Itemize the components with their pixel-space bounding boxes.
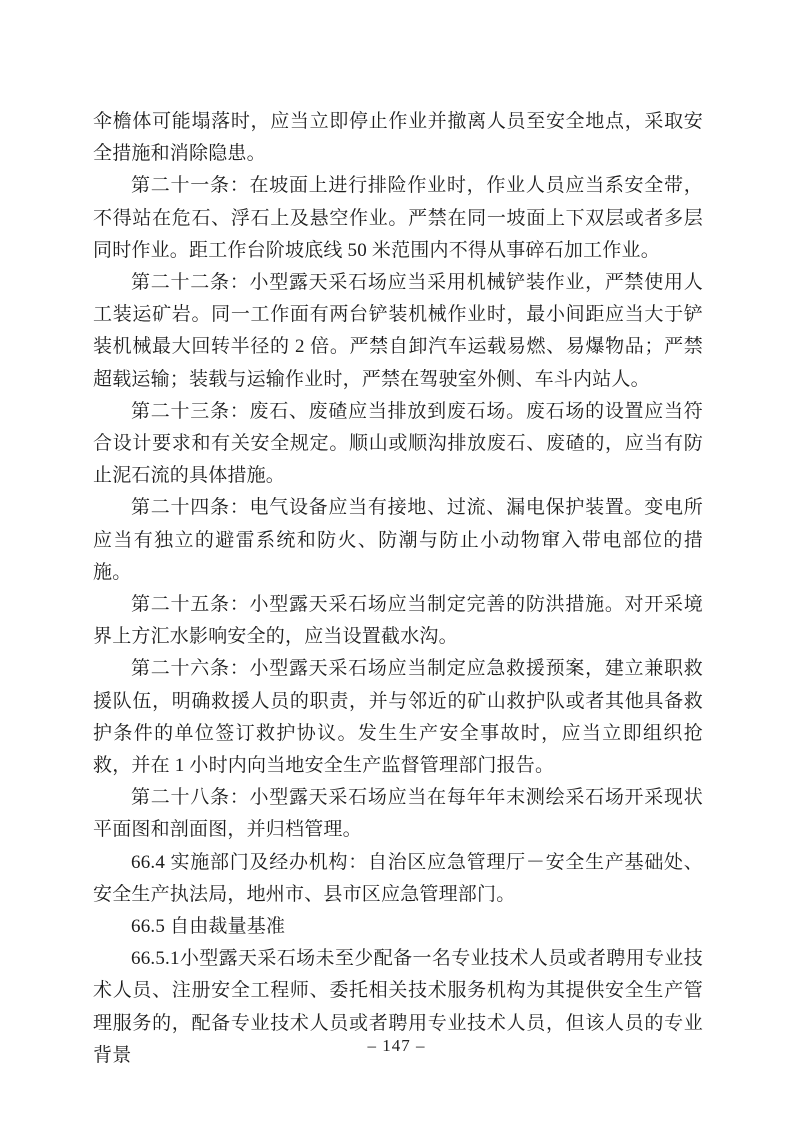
page-number: – 147 – (0, 1036, 793, 1056)
document-body: 伞檐体可能塌落时，应当立即停止作业并撤离人员至安全地点，采取安全措施和消除隐患。… (93, 106, 703, 1072)
paragraph: 第二十二条：小型露天采石场应当采用机械铲装作业，严禁使用人工装运矿岩。同一工作面… (93, 267, 703, 396)
paragraph: 第二十八条：小型露天采石场应当在每年年末测绘采石场开采现状平面图和剖面图，并归档… (93, 782, 703, 846)
paragraph: 66.4 实施部门及经办机构：自治区应急管理厅－安全生产基础处、安全生产执法局，… (93, 847, 703, 911)
paragraph: 第二十五条：小型露天采石场应当制定完善的防洪措施。对开采境界上方汇水影响安全的，… (93, 589, 703, 653)
paragraph: 66.5 自由裁量基准 (93, 911, 703, 943)
paragraph: 第二十四条：电气设备应当有接地、过流、漏电保护装置。变电所应当有独立的避雷系统和… (93, 492, 703, 589)
document-page: 伞檐体可能塌落时，应当立即停止作业并撤离人员至安全地点，采取安全措施和消除隐患。… (0, 0, 793, 1122)
paragraph: 第二十一条：在坡面上进行排险作业时，作业人员应当系安全带，不得站在危石、浮石上及… (93, 170, 703, 267)
paragraph: 伞檐体可能塌落时，应当立即停止作业并撤离人员至安全地点，采取安全措施和消除隐患。 (93, 106, 703, 170)
paragraph: 第二十三条：废石、废碴应当排放到废石场。废石场的设置应当符合设计要求和有关安全规… (93, 396, 703, 493)
paragraph: 第二十六条：小型露天采石场应当制定应急救援预案，建立兼职救援队伍，明确救援人员的… (93, 653, 703, 782)
